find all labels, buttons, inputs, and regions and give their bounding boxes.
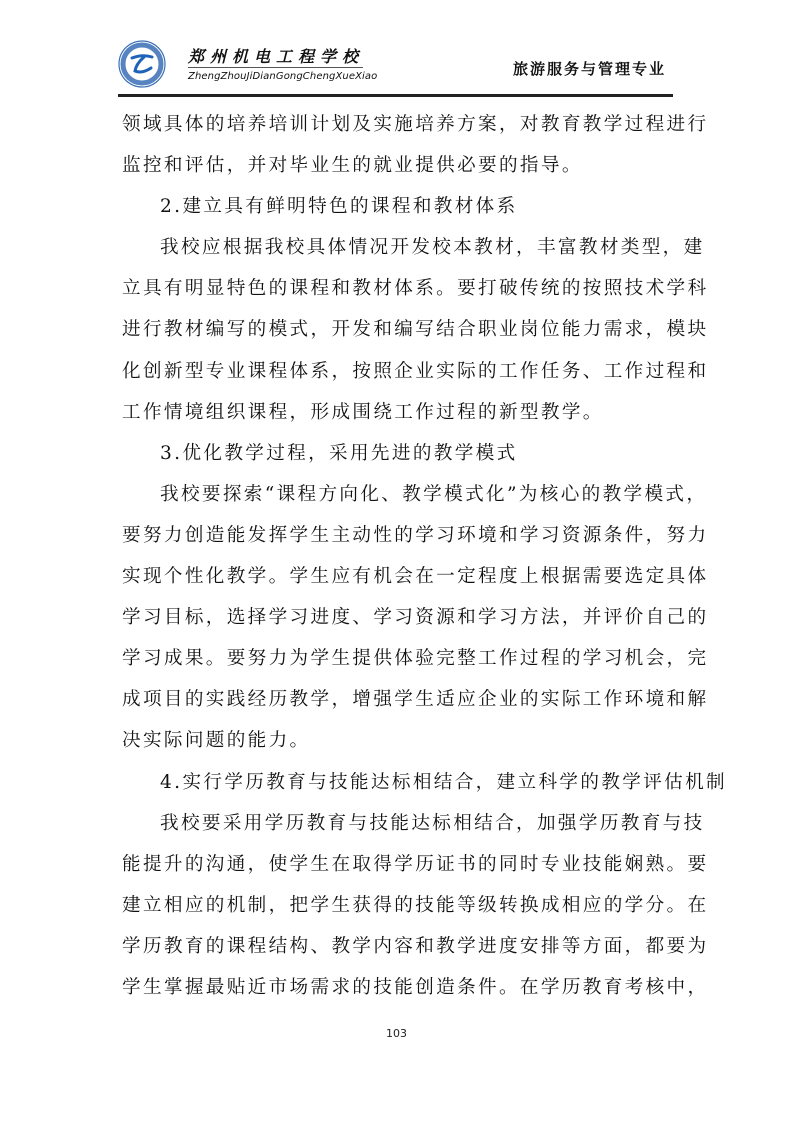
text-line: 立具有明显特色的课程和教材体系。要打破传统的按照技术学科 <box>122 268 674 309</box>
text-line: 要努力创造能发挥学生主动性的学习环境和学习资源条件，努力 <box>122 515 674 556</box>
school-name-pinyin: ZhengZhouJiDianGongChengXueXiao <box>188 71 377 82</box>
paragraph-first-line: 我校要采用学历教育与技能达标相结合，加强学历教育与技 <box>122 803 674 844</box>
text-line: 学习目标，选择学习进度、学习资源和学习方法，并评价自己的 <box>122 597 674 638</box>
paragraph-first-line: 我校要探索“课程方向化、教学模式化”为核心的教学模式， <box>122 474 674 515</box>
text-line: 建立相应的机制，把学生获得的技能等级转换成相应的学分。在 <box>122 885 674 926</box>
text-line: 学生掌握最贴近市场需求的技能创造条件。在学历教育考核中， <box>122 967 674 1008</box>
header-divider <box>118 94 673 97</box>
paragraph-first-line: 我校应根据我校具体情况开发校本教材，丰富教材类型，建 <box>122 227 674 268</box>
school-name-divider <box>188 67 363 68</box>
text-line: 能提升的沟通，使学生在取得学历证书的同时专业技能娴熟。要 <box>122 844 674 885</box>
page-header: 郑州机电工程学校 ZhengZhouJiDianGongChengXueXiao… <box>118 34 674 96</box>
document-body: 领域具体的培养培训计划及实施培养方案，对教育教学过程进行监控和评估，并对毕业生的… <box>122 104 674 1008</box>
paragraph-first-line: 3.优化教学过程，采用先进的教学模式 <box>122 433 674 474</box>
text-line: 领域具体的培养培训计划及实施培养方案，对教育教学过程进行 <box>122 104 674 145</box>
text-line: 工作情境组织课程，形成围绕工作过程的新型教学。 <box>122 392 674 433</box>
text-line: 学习成果。要努力为学生提供体验完整工作过程的学习机会，完 <box>122 638 674 679</box>
text-line: 进行教材编写的模式，开发和编写结合职业岗位能力需求，模块 <box>122 309 674 350</box>
text-line: 监控和评估，并对毕业生的就业提供必要的指导。 <box>122 145 674 186</box>
text-line: 实现个性化教学。学生应有机会在一定程度上根据需要选定具体 <box>122 556 674 597</box>
paragraph-first-line: 4.实行学历教育与技能达标相结合，建立科学的教学评估机制 <box>122 762 674 803</box>
text-line: 化创新型专业课程体系，按照企业实际的工作任务、工作过程和 <box>122 351 674 392</box>
school-name-chinese: 郑州机电工程学校 <box>188 44 364 67</box>
text-line: 决实际问题的能力。 <box>122 720 674 761</box>
school-emblem-icon <box>118 40 166 88</box>
text-line: 成项目的实践经历教学，增强学生适应企业的实际工作环境和解 <box>122 679 674 720</box>
page-number: 103 <box>0 1027 793 1040</box>
major-title: 旅游服务与管理专业 <box>513 58 666 79</box>
text-line: 学历教育的课程结构、教学内容和教学进度安排等方面，都要为 <box>122 926 674 967</box>
paragraph-first-line: 2.建立具有鲜明特色的课程和教材体系 <box>122 186 674 227</box>
